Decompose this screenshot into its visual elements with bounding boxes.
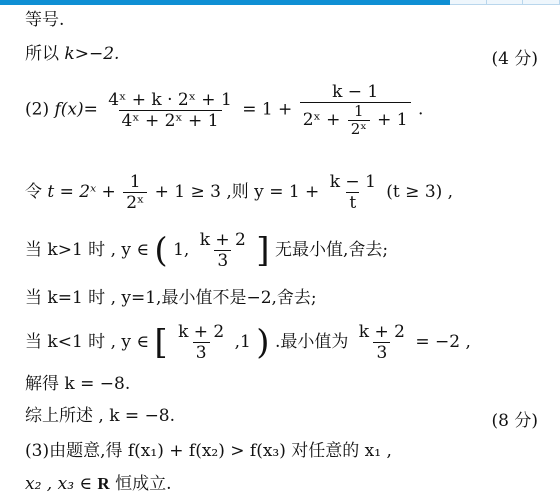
bar-cell xyxy=(523,0,560,5)
text: 当 k>1 时 , y ∈ xyxy=(25,240,149,260)
score-4: (4 分) xyxy=(492,44,538,69)
summary-line: 综上所述 , k = −8. xyxy=(25,406,175,426)
numerator: 1 xyxy=(127,172,144,192)
math-expr: (t ≥ 3) , xyxy=(386,182,453,202)
fraction-simplified: k − 1 2ˣ + 1 2ˣ + 1 xyxy=(300,82,411,138)
bar-cell xyxy=(487,0,524,5)
part3-line2: x₂ , x₃ ∈ R 恒成立. xyxy=(25,474,172,494)
text: 无最小值,舍去; xyxy=(275,240,388,260)
text: 当 k<1 时 , y ∈ xyxy=(25,332,149,352)
numerator: k + 2 xyxy=(356,322,408,342)
numerator: k − 1 xyxy=(327,172,379,192)
case-k-greater-1: 当 k>1 时 , y ∈ ( 1, k + 2 3 ] 无最小值,舍去; xyxy=(25,230,388,271)
denominator: 2ˣ xyxy=(348,120,370,138)
case-k-equals-1: 当 k=1 时 , y=1,最小值不是−2,舍去; xyxy=(25,288,317,308)
denominator: 3 xyxy=(193,342,210,363)
numerator: 4ˣ + k · 2ˣ + 1 xyxy=(105,90,234,110)
accent-strip xyxy=(0,0,450,5)
fraction: k + 2 3 xyxy=(175,322,227,363)
math-expr: = −2 , xyxy=(415,332,471,352)
math-expr: + 1 ≥ 3 ,则 y = 1 + xyxy=(155,182,320,202)
line-equality: 等号. xyxy=(25,10,64,30)
score-8: (8 分) xyxy=(492,406,538,431)
fraction: k + 2 3 xyxy=(356,322,408,363)
denominator: 2ˣ + 1 2ˣ + 1 xyxy=(300,102,411,138)
fraction: 1 2ˣ xyxy=(123,172,147,213)
fx: f(x)= xyxy=(55,100,98,120)
math-expr: ,1 xyxy=(235,332,251,352)
text: 恒成立. xyxy=(110,474,172,494)
period: . xyxy=(418,100,423,120)
denominator: 3 xyxy=(214,250,231,271)
numerator: k + 2 xyxy=(175,322,227,342)
denominator: 4ˣ + 2ˣ + 1 xyxy=(119,110,222,131)
text: .最小值为 xyxy=(275,332,348,352)
line-conclusion-k: 所以 k>−2. xyxy=(25,44,119,64)
part3-line1: (3)由题意,得 f(x₁) + f(x₂) > f(x₃) 对任意的 x₁ , xyxy=(25,441,392,461)
math-expr: t = 2ˣ + xyxy=(47,182,115,202)
numerator: k − 1 xyxy=(329,82,381,102)
fraction: k − 1 t xyxy=(327,172,379,213)
case-k-less-1: 当 k<1 时 , y ∈ [ k + 2 3 ,1 ) .最小值为 k + 2… xyxy=(25,322,471,363)
den-part: + 1 xyxy=(377,110,407,130)
let-t-line: 令 t = 2ˣ + 1 2ˣ + 1 ≥ 3 ,则 y = 1 + k − 1… xyxy=(25,172,453,213)
text: 所以 xyxy=(25,44,64,64)
equals-one-plus: = 1 + xyxy=(242,100,292,120)
denominator: 3 xyxy=(373,342,390,363)
part2-formula: (2) f(x)= 4ˣ + k · 2ˣ + 1 4ˣ + 2ˣ + 1 = … xyxy=(25,82,423,138)
open-paren: ( xyxy=(154,231,167,271)
fraction: k + 2 3 xyxy=(197,230,249,271)
text: 令 xyxy=(25,182,47,202)
close-paren: ) xyxy=(256,323,269,363)
inner-fraction: 1 2ˣ xyxy=(348,103,370,138)
numerator: 1 xyxy=(351,103,367,120)
math-expr: k>−2. xyxy=(64,44,119,64)
top-bar xyxy=(0,0,560,5)
den-part: 2ˣ + xyxy=(303,110,341,130)
denominator: t xyxy=(346,192,359,213)
close-bracket: ] xyxy=(256,231,269,271)
open-bracket: [ xyxy=(154,323,167,363)
math-expr: 1, xyxy=(173,240,189,260)
denominator: 2ˣ xyxy=(123,192,147,213)
part-label: (2) xyxy=(25,100,49,120)
bar-cell xyxy=(450,0,487,5)
math-expr: x₂ , x₃ ∈ xyxy=(25,474,97,494)
numerator: k + 2 xyxy=(197,230,249,250)
real-set-symbol: R xyxy=(97,474,109,493)
fraction-fx: 4ˣ + k · 2ˣ + 1 4ˣ + 2ˣ + 1 xyxy=(105,90,234,131)
solve-line: 解得 k = −8. xyxy=(25,374,130,394)
